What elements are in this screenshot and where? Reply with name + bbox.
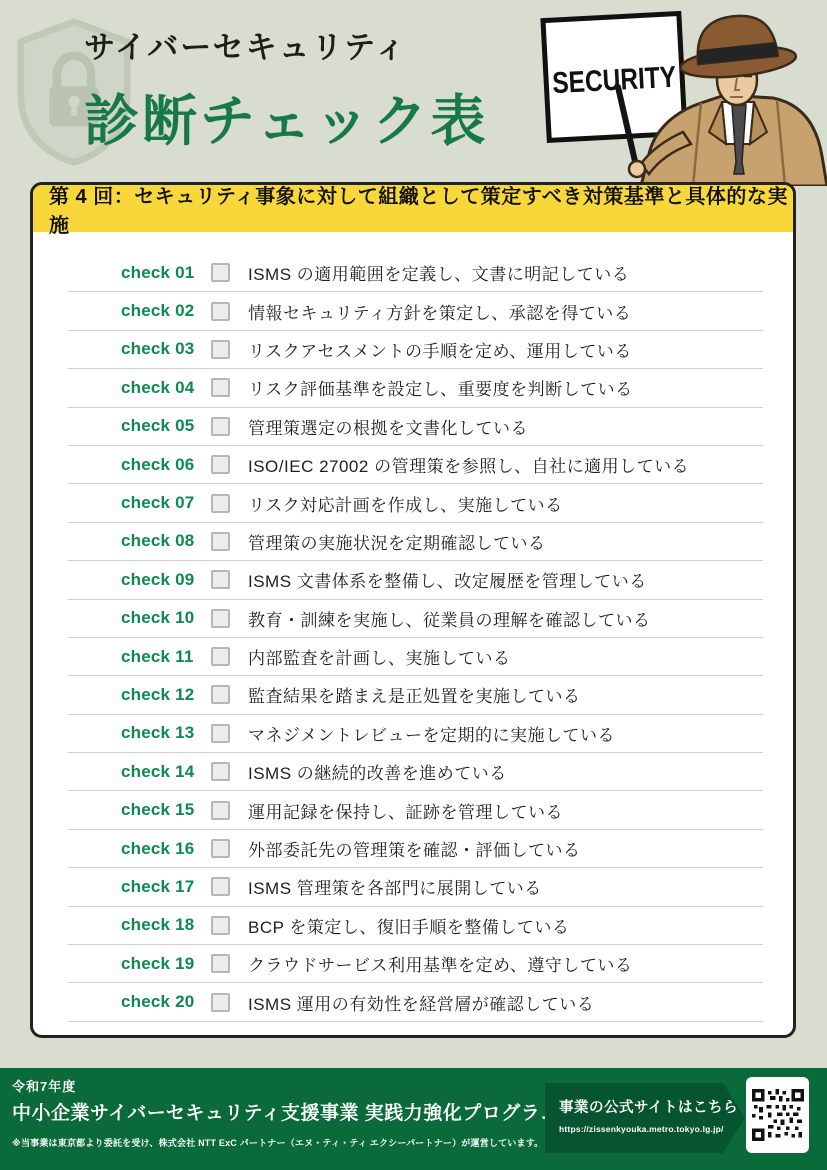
security-sign-text: SECURITY [551,61,677,100]
check-item-text: ISMS 管理策を各部門に展開している [248,874,542,899]
checkbox[interactable] [211,724,230,743]
check-number-label: check 15 [121,800,199,820]
checklist-row: check 11 内部監査を計画し、実施している [68,638,763,676]
checklist-row: check 10 教育・訓練を実施し、従業員の理解を確認している [68,600,763,638]
check-number-label: check 20 [121,992,199,1012]
check-item-text: 教育・訓練を実施し、従業員の理解を確認している [248,606,651,631]
check-number-label: check 17 [121,877,199,897]
page-title-block: サイバーセキュリティ 診断チェック表 [84,22,488,156]
checkbox[interactable] [211,263,230,282]
check-item-text: 情報セキュリティ方針を策定し、承認を得ている [248,299,631,324]
check-number-label: check 02 [121,301,199,321]
check-item-text: 管理策選定の根拠を文書化している [248,414,528,439]
checkbox[interactable] [211,340,230,359]
checklist-row: check 15 運用記録を保持し、証跡を管理している [68,791,763,829]
check-number-label: check 16 [121,839,199,859]
checklist-row: check 13 マネジメントレビューを定期的に実施している [68,715,763,753]
checkbox[interactable] [211,570,230,589]
footer-program-block: 令和7年度 中小企業サイバーセキュリティ支援事業 実践力強化プログラム ※当事業… [12,1076,560,1149]
checklist-card: 第 4 回：セキュリティ事象に対して組織として策定すべき対策基準と具体的な実施 … [30,182,796,1038]
checkbox[interactable] [211,494,230,513]
check-number-label: check 07 [121,493,199,513]
check-number-label: check 01 [121,263,199,283]
checkbox[interactable] [211,685,230,704]
check-item-text: リスクアセスメントの手順を定め、運用している [248,337,632,362]
checklist-row: check 07 リスク対応計画を作成し、実施している [68,484,763,522]
check-item-text: ISMS の継続的改善を進めている [248,759,507,784]
check-number-label: check 14 [121,762,199,782]
check-number-label: check 19 [121,954,199,974]
checkbox[interactable] [211,647,230,666]
official-site-link[interactable]: 事業の公式サイトはこちら https://zissenkyouka.metro.… [545,1083,745,1153]
check-item-text: ISMS 文書体系を整備し、改定履歴を管理している [248,567,647,592]
checkbox[interactable] [211,954,230,973]
checkbox[interactable] [211,609,230,628]
checkbox[interactable] [211,762,230,781]
checklist-row: check 09 ISMS 文書体系を整備し、改定履歴を管理している [68,561,763,599]
check-item-text: 監査結果を踏まえ是正処置を実施している [248,682,581,707]
checklist-row: check 12 監査結果を踏まえ是正処置を実施している [68,676,763,714]
security-sign: SECURITY [543,13,685,140]
page-title-main: 診断チェック表 [84,77,488,156]
checkbox[interactable] [211,993,230,1012]
checkbox[interactable] [211,801,230,820]
checkbox[interactable] [211,916,230,935]
check-item-text: 内部監査を計画し、実施している [248,644,511,669]
checklist-row: check 03 リスクアセスメントの手順を定め、運用している [68,331,763,369]
program-title: 中小企業サイバーセキュリティ支援事業 実践力強化プログラム [12,1098,560,1125]
page-title-sub: サイバーセキュリティ [84,22,488,67]
check-item-text: ISMS の適用範囲を定義し、文書に明記している [248,260,629,285]
checklist: check 01 ISMS の適用範囲を定義し、文書に明記している check … [68,254,763,1022]
checkbox[interactable] [211,378,230,397]
checklist-row: check 18 BCP を策定し、復旧手順を整備している [68,907,763,945]
check-item-text: リスク評価基準を設定し、重要度を判断している [248,375,633,400]
check-item-text: 外部委託先の管理策を確認・評価している [248,836,581,861]
checklist-row: check 19 クラウドサービス利用基準を定め、遵守している [68,945,763,983]
detective-illustration: SECURITY [525,4,827,186]
fiscal-year-label: 令和7年度 [12,1076,560,1095]
checklist-row: check 01 ISMS の適用範囲を定義し、文書に明記している [68,254,763,292]
check-item-text: マネジメントレビューを定期的に実施している [248,721,615,746]
checklist-row: check 05 管理策選定の根拠を文書化している [68,408,763,446]
check-item-text: リスク対応計画を作成し、実施している [248,491,563,516]
official-site-label: 事業の公式サイトはこちら [559,1096,745,1117]
checkbox[interactable] [211,839,230,858]
checkbox[interactable] [211,455,230,474]
check-number-label: check 09 [121,570,199,590]
check-item-text: ISMS 運用の有効性を経営層が確認している [248,990,594,1015]
check-number-label: check 13 [121,723,199,743]
check-number-label: check 18 [121,915,199,935]
checklist-row: check 20 ISMS 運用の有効性を経営層が確認している [68,983,763,1021]
check-number-label: check 10 [121,608,199,628]
checklist-row: check 14 ISMS の継続的改善を進めている [68,753,763,791]
checklist-row: check 17 ISMS 管理策を各部門に展開している [68,868,763,906]
operator-note: ※当事業は東京都より委託を受け、株式会社 NTT ExC パートナー（エヌ・ティ… [12,1136,560,1149]
check-number-label: check 08 [121,531,199,551]
checkbox[interactable] [211,302,230,321]
check-number-label: check 03 [121,339,199,359]
session-banner: 第 4 回：セキュリティ事象に対して組織として策定すべき対策基準と具体的な実施 [33,185,793,232]
check-number-label: check 06 [121,455,199,475]
checklist-row: check 02 情報セキュリティ方針を策定し、承認を得ている [68,292,763,330]
checklist-row: check 06 ISO/IEC 27002 の管理策を参照し、自社に適用してい… [68,446,763,484]
check-item-text: クラウドサービス利用基準を定め、遵守している [248,951,632,976]
footer-bar: 令和7年度 中小企業サイバーセキュリティ支援事業 実践力強化プログラム ※当事業… [0,1068,827,1170]
check-item-text: ISO/IEC 27002 の管理策を参照し、自社に適用している [248,452,689,477]
checklist-row: check 08 管理策の実施状況を定期確認している [68,523,763,561]
qr-code [746,1077,809,1153]
check-item-text: BCP を策定し、復旧手順を整備している [248,913,569,938]
official-site-url: https://zissenkyouka.metro.tokyo.lg.jp/ [559,1124,745,1134]
poster-page: { "header": { "title_sub": "サイバーセキュリティ",… [0,0,827,1170]
check-number-label: check 12 [121,685,199,705]
checklist-row: check 16 外部委託先の管理策を確認・評価している [68,830,763,868]
checkbox[interactable] [211,417,230,436]
check-item-text: 運用記録を保持し、証跡を管理している [248,798,563,823]
check-item-text: 管理策の実施状況を定期確認している [248,529,546,554]
check-number-label: check 05 [121,416,199,436]
check-number-label: check 04 [121,378,199,398]
checklist-row: check 04 リスク評価基準を設定し、重要度を判断している [68,369,763,407]
checkbox[interactable] [211,877,230,896]
checkbox[interactable] [211,532,230,551]
check-number-label: check 11 [121,647,199,667]
